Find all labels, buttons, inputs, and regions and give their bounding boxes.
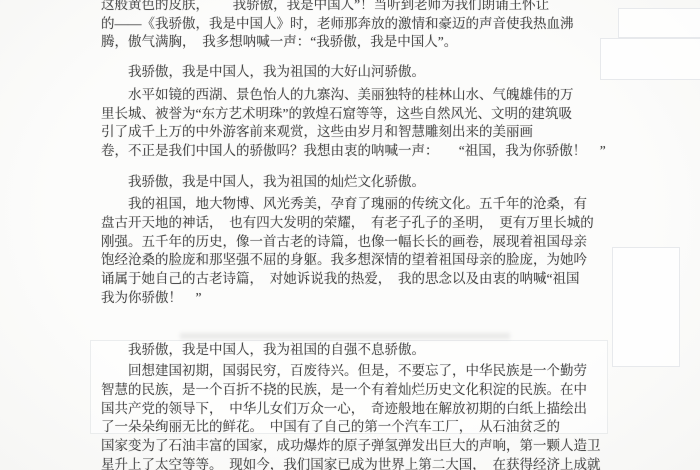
- text-line: 这般黄色的皮肤， 我骄傲，我是中国人”！当听到老师为我们朗诵王怀让: [101, 0, 606, 15]
- text-line: 我骄傲，我是中国人，我为祖国的大好山河骄傲。: [101, 63, 606, 82]
- paragraph: 我骄傲，我是中国人，我为祖国的灿烂文化骄傲。: [101, 173, 606, 192]
- text-line: 的——《我骄傲，我是中国人》时，老师那奔放的激情和豪迈的声音使我热血沸: [101, 15, 606, 34]
- text-line: 我的祖国，地大物博、风光秀美，孕育了瑰丽的传统文化。五千年的沧桑，有: [101, 195, 606, 214]
- text-line: 里长城、被誉为“东方艺术明珠”的敦煌石窟等等，这些自然风光、文明的建筑吸: [101, 105, 606, 124]
- text-line: 刚强。五千年的历史，像一首古老的诗篇，也像一幅长长的画卷，展现着祖国母亲: [101, 233, 606, 252]
- paragraph: 这般黄色的皮肤， 我骄傲，我是中国人”！当听到老师为我们朗诵王怀让的——《我骄傲…: [101, 0, 606, 52]
- text-line: 国家变为了石油丰富的国家，成功爆炸的原子弹氢弹发出巨大的声响，第一颗人造卫: [101, 437, 606, 456]
- text-line: 盘古开天地的神话， 也有四大发明的荣耀， 有老子孔子的圣明， 更有万里长城的: [101, 214, 606, 233]
- paragraph: 回想建国初期，国弱民穷，百废待兴。但是，不要忘了，中华民族是一个勤劳智慧的民族，…: [101, 362, 606, 470]
- paragraph: 我的祖国，地大物博、风光秀美，孕育了瑰丽的传统文化。五千年的沧桑，有盘古开天地的…: [101, 195, 606, 307]
- paragraph: 我骄傲，我是中国人，我为祖国的大好山河骄傲。: [101, 63, 606, 82]
- text-line: 我骄傲，我是中国人，我为祖国的自强不息骄傲。: [101, 341, 606, 360]
- paragraph: 水平如镜的西湖、景色怡人的九寨沟、美丽独特的桂林山水、气魄雄伟的万里长城、被誉为…: [101, 86, 606, 161]
- text-line: 了一朵朵绚丽无比的鲜花。 中国有了自己的第一个汽车工厂， 从石油贫乏的: [101, 418, 606, 437]
- text-line: 卷，不正是我们中国人的骄傲吗？我想由衷的呐喊一声： “祖国，我为你骄傲！ ”: [101, 142, 606, 161]
- text-line: 腾，傲气满胸， 我多想呐喊一声：“我骄傲，我是中国人”。: [101, 33, 606, 52]
- text-line: 水平如镜的西湖、景色怡人的九寨沟、美丽独特的桂林山水、气魄雄伟的万: [101, 86, 606, 105]
- text-line: 回想建国初期，国弱民穷，百废待兴。但是，不要忘了，中华民族是一个勤劳: [101, 362, 606, 381]
- document-text: 这般黄色的皮肤， 我骄傲，我是中国人”！当听到老师为我们朗诵王怀让的——《我骄傲…: [101, 0, 606, 470]
- text-line: 国共产党的领导下， 中华儿女们万众一心， 奇迹般地在解放初期的白纸上描绘出: [101, 400, 606, 419]
- paragraph: 我骄傲，我是中国人，我为祖国的自强不息骄傲。: [101, 341, 606, 360]
- scan-artifact: [612, 247, 680, 367]
- text-line: 我为你骄傲！ ”: [101, 289, 606, 308]
- text-line: 饱经沧桑的脸庞和那坚强不屈的身躯。我多想深情的望着祖国母亲的脸庞，为她吟: [101, 251, 606, 270]
- text-line: 星升上了太空等等。 现如今，我们国家已成为世界上第二大国， 在获得经济上成就: [101, 456, 606, 470]
- text-line: 智慧的民族，是一个百折不挠的民族，是一个有着灿烂历史文化积淀的民族。在中: [101, 381, 606, 400]
- text-line: 引了成千上万的中外游客前来观赏，这些由岁月和智慧雕刻出来的美丽画: [101, 123, 606, 142]
- scan-artifact: [600, 38, 700, 80]
- scan-artifact: [618, 8, 700, 38]
- scanned-page: 这般黄色的皮肤， 我骄傲，我是中国人”！当听到老师为我们朗诵王怀让的——《我骄傲…: [0, 0, 700, 470]
- text-line: 诵属于她自己的古老诗篇， 对她诉说我的热爱， 我的思念以及由衷的呐喊“祖国: [101, 270, 606, 289]
- text-line: 我骄傲，我是中国人，我为祖国的灿烂文化骄傲。: [101, 173, 606, 192]
